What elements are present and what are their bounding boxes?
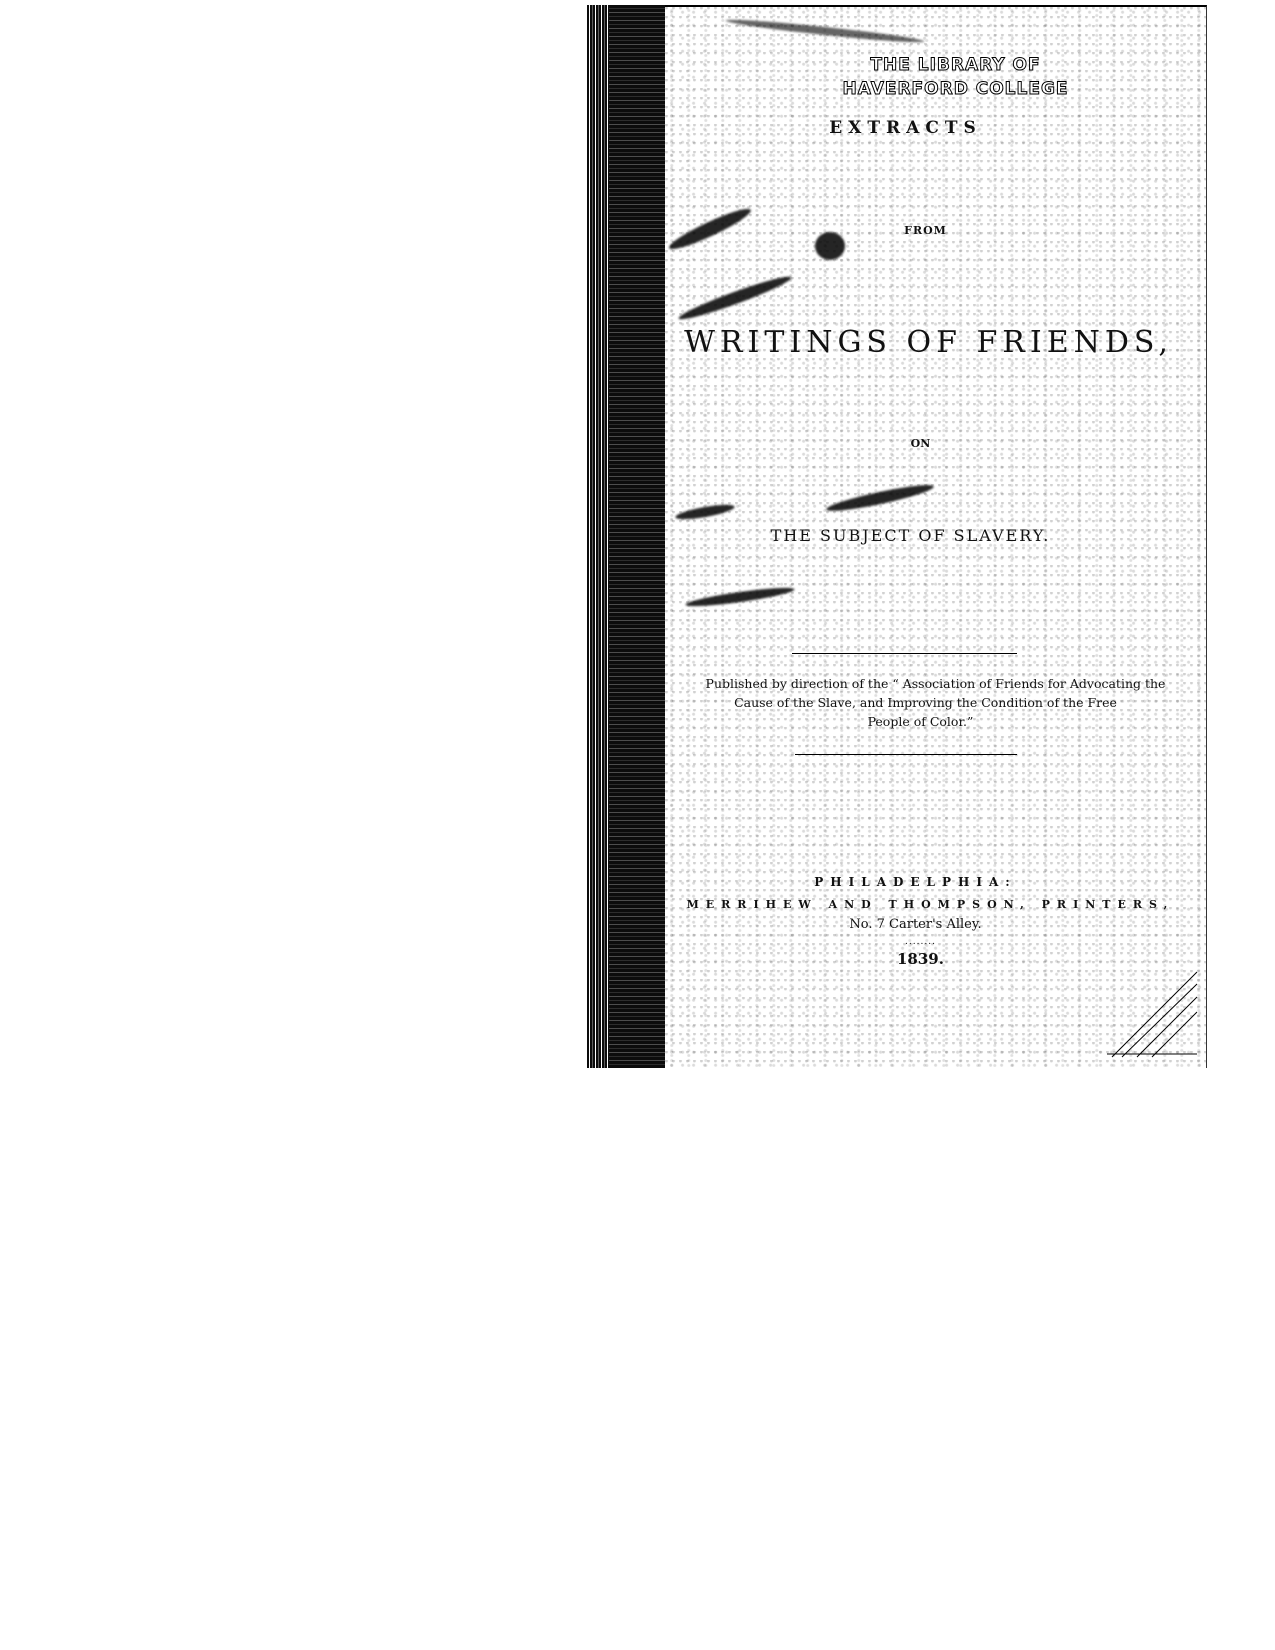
- scanned-title-page: THE LIBRARY OF HAVERFORD COLLEGE EXTRACT…: [587, 5, 1207, 1068]
- ink-stain: [677, 272, 794, 324]
- ink-stain: [675, 502, 736, 522]
- divider-top: [792, 653, 1017, 654]
- imprint-separator: ........: [635, 937, 1206, 947]
- ink-stain: [685, 584, 795, 609]
- imprint-address: No. 7 Carter's Alley.: [625, 917, 1206, 932]
- document-title: WRITINGS OF FRIENDS,: [651, 325, 1206, 360]
- divider-bottom: [795, 754, 1017, 755]
- imprint-printers: MERRIHEW AND THOMPSON, PRINTERS,: [655, 898, 1206, 911]
- document-subject: THE SUBJECT OF SLAVERY.: [615, 526, 1206, 545]
- heading-extracts: EXTRACTS: [605, 118, 1206, 138]
- ink-stain: [825, 481, 935, 516]
- connector-on: ON: [635, 437, 1206, 450]
- imprint-city: PHILADELPHIA:: [625, 875, 1206, 889]
- publication-note-line3: People of Color.”: [635, 712, 1206, 731]
- publication-note-line2: Cause of the Slave, and Improving the Co…: [645, 693, 1206, 712]
- library-stamp-line1: THE LIBRARY OF: [665, 55, 1206, 75]
- torn-corner-mark: [1102, 962, 1202, 1062]
- ink-stain: [725, 17, 925, 46]
- library-stamp-line2: HAVERFORD COLLEGE: [665, 79, 1206, 99]
- title-page: THE LIBRARY OF HAVERFORD COLLEGE EXTRACT…: [665, 5, 1207, 1068]
- publication-note-line1: Published by direction of the “ Associat…: [665, 674, 1206, 693]
- connector-from: FROM: [645, 224, 1206, 237]
